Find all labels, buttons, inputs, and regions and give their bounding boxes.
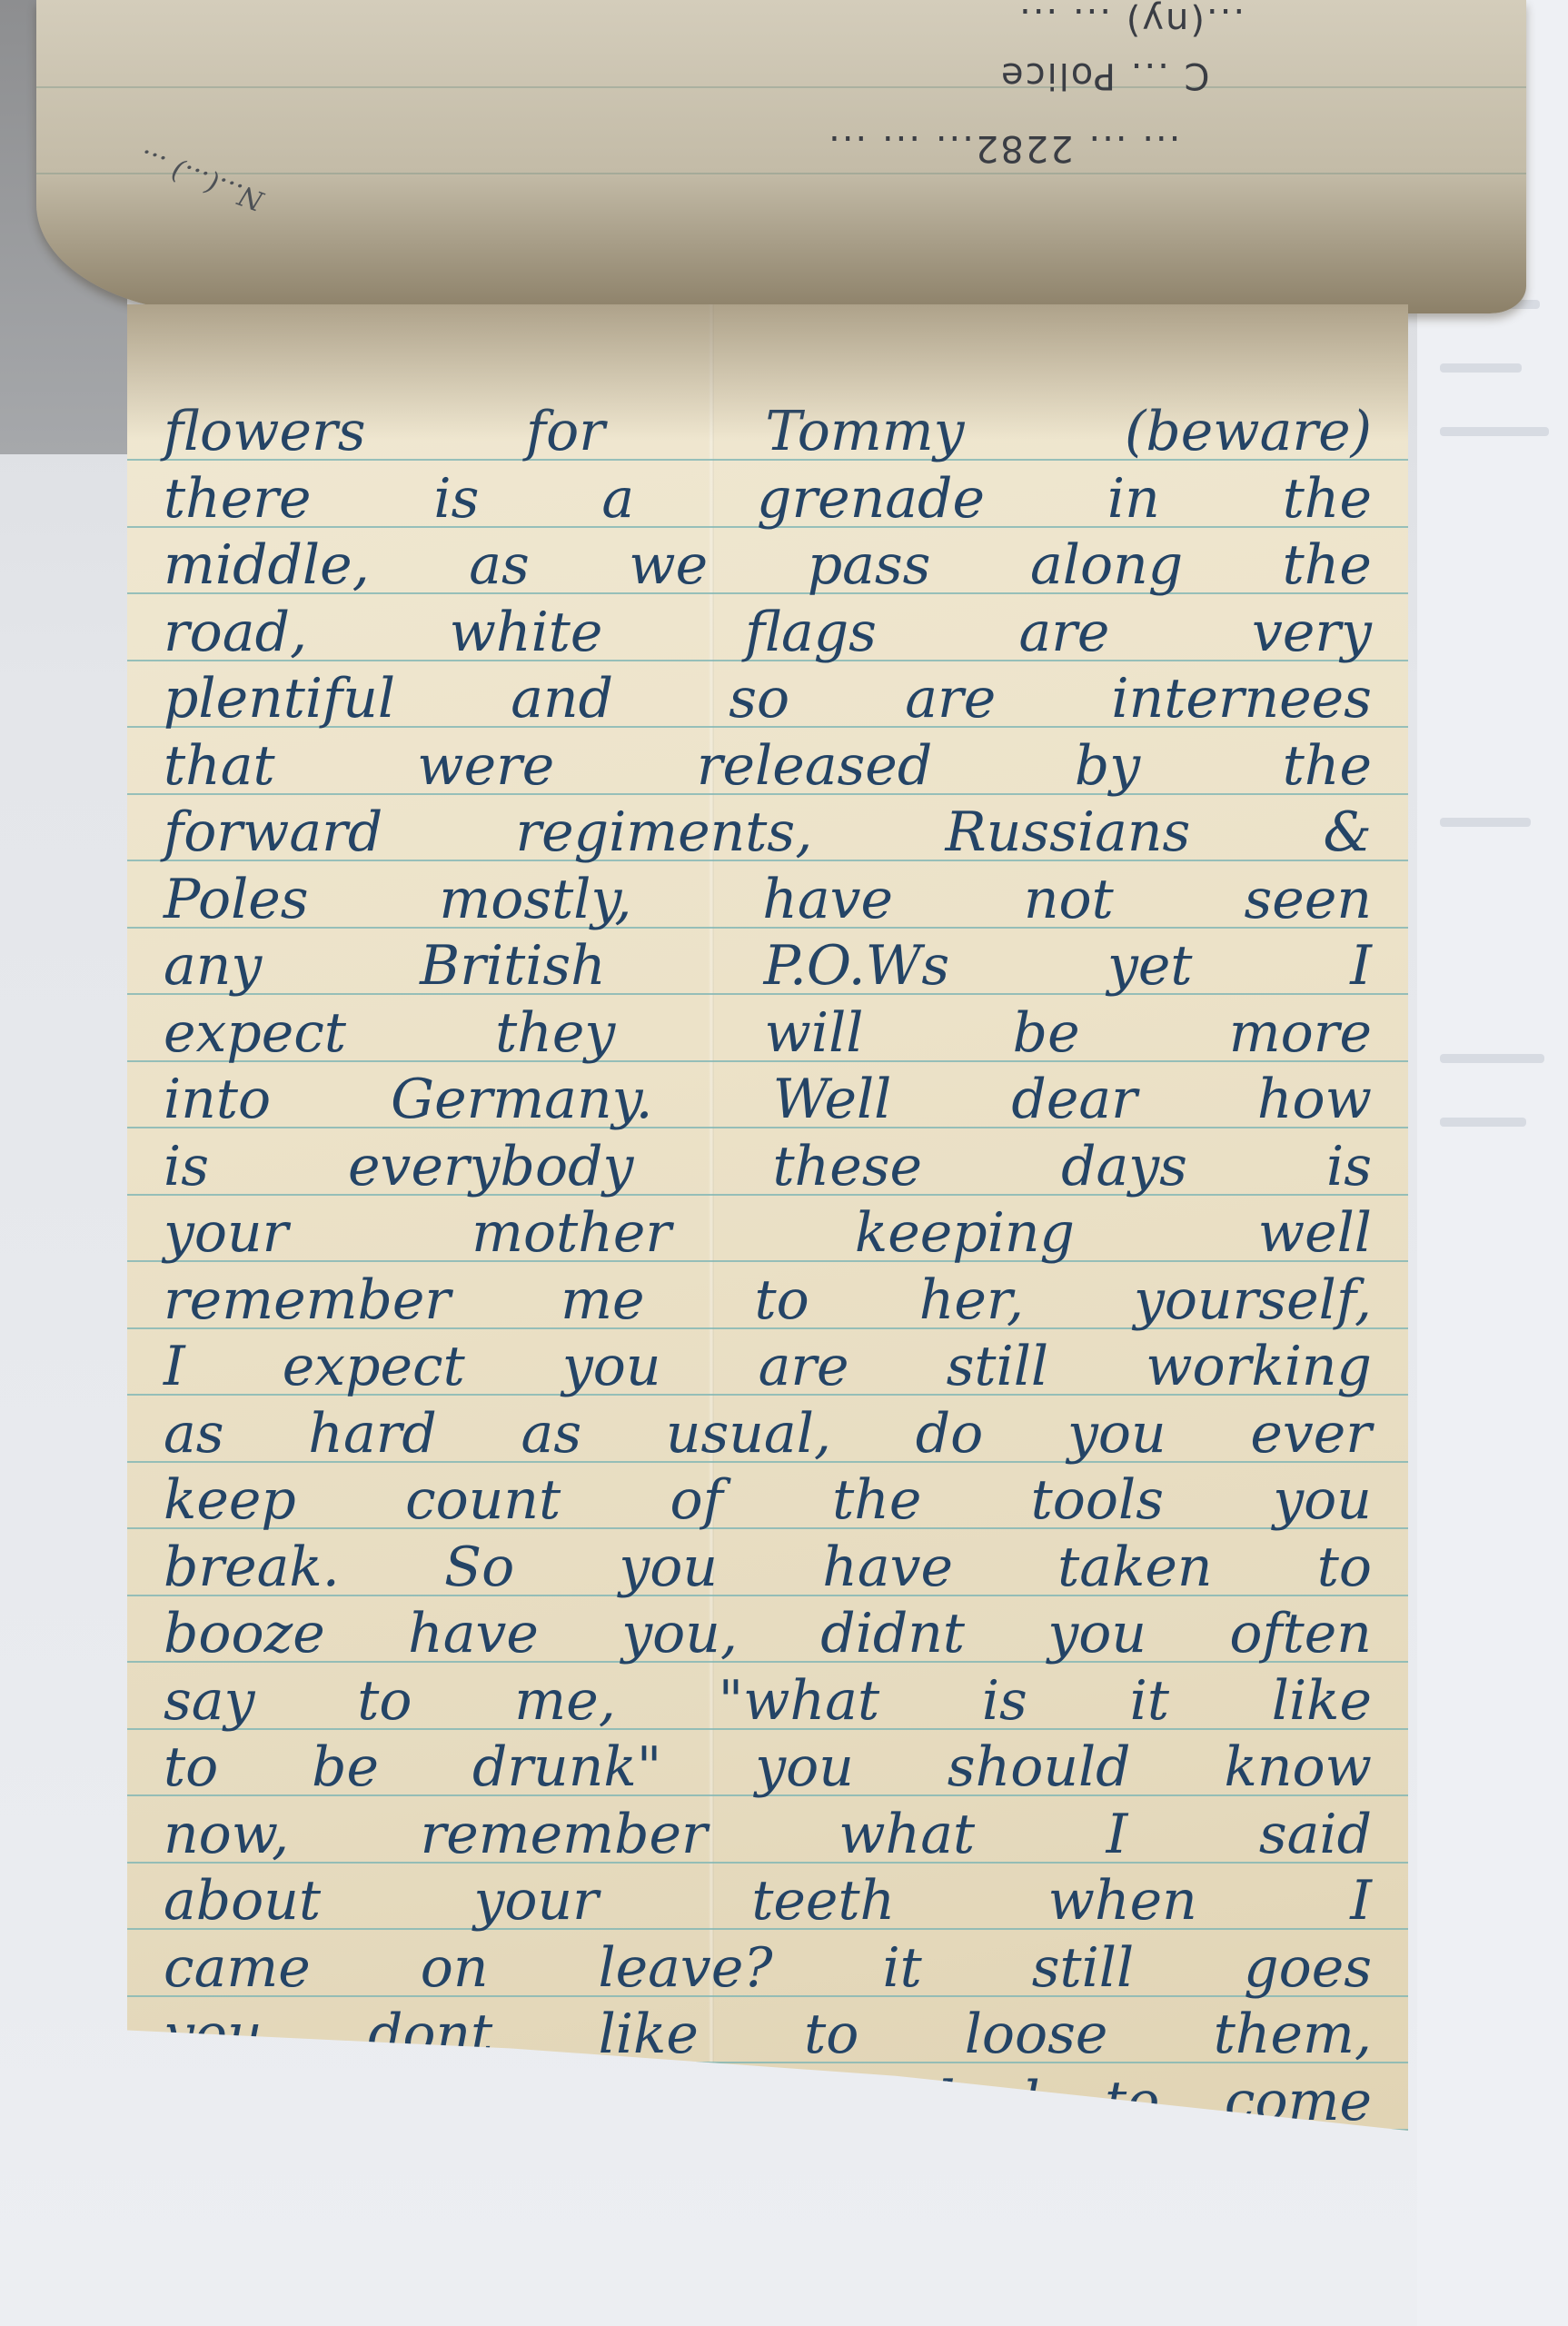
handwritten-word: what (839, 1807, 975, 1862)
handwritten-word: on (421, 1941, 489, 1995)
handwritten-line: middle,aswepassalongthe (164, 520, 1372, 592)
handwritten-word: had (938, 2074, 1040, 2129)
handwritten-word: to (754, 1273, 809, 1327)
handwritten-word: like (1272, 1674, 1372, 1728)
handwritten-word: remember (164, 1273, 451, 1327)
handwritten-word: any (164, 939, 262, 993)
handwritten-word: break. (164, 1540, 340, 1595)
handwritten-word: will (765, 1006, 864, 1060)
handwritten-word: taken (1057, 1540, 1212, 1595)
handwritten-word: of (670, 1473, 722, 1527)
handwritten-word: plentiful (164, 671, 395, 726)
ruled-line (127, 2129, 1408, 2131)
handwritten-word: still (947, 1339, 1048, 1394)
handwritten-word: expect (283, 1339, 465, 1394)
handwritten-word: are (759, 1339, 849, 1394)
envelope-flap: ...(ny) ... ... C ... Police ... ... 228… (36, 0, 1526, 313)
handwritten-word: not (1024, 872, 1114, 927)
handwritten-word: mostly, (439, 872, 631, 927)
handwritten-line: ashardasusual,doyouever (164, 1388, 1372, 1461)
handwritten-word: is (433, 472, 479, 526)
handwritten-word: them, (1214, 2007, 1372, 2062)
handwritten-word: is (164, 1139, 209, 1194)
handwritten-word: be (312, 1740, 379, 1794)
handwritten-line: forwardregiments,Russians& (164, 787, 1372, 860)
handwritten-word: to (357, 1674, 412, 1728)
handwritten-word: you (1047, 1606, 1146, 1661)
handwritten-word: came (164, 1941, 311, 1995)
handwritten-word: have (822, 1540, 953, 1595)
handwritten-word: me (277, 2074, 361, 2129)
handwritten-word: I (164, 1339, 185, 1394)
handwritten-word: have (762, 872, 893, 927)
handwritten-word: Russians (946, 805, 1191, 860)
handwritten-word: the (1283, 739, 1372, 793)
handwritten-word: more (1229, 1006, 1372, 1060)
handwritten-line: remembermetoher,yourself, (164, 1255, 1372, 1327)
handwritten-word: a (601, 472, 634, 526)
handwritten-word: So (444, 1540, 514, 1595)
handwritten-word: to (1317, 1540, 1372, 1595)
handwritten-word: your (474, 1874, 599, 1928)
handwritten-word: I (1350, 939, 1372, 993)
background-text-line (1440, 1054, 1544, 1063)
handwritten-word: as (469, 538, 530, 592)
handwritten-word: these (772, 1139, 922, 1194)
handwritten-word: the (1283, 472, 1372, 526)
handwritten-word: you (1067, 1407, 1166, 1461)
handwritten-word: come (1225, 2074, 1372, 2129)
handwritten-word: have (408, 1606, 539, 1661)
handwritten-word: should (948, 1740, 1131, 1794)
handwritten-word: seen (1245, 872, 1372, 927)
handwritten-word: her, (919, 1273, 1024, 1327)
handwritten-word: it (1130, 1674, 1169, 1728)
background-text-line (1440, 363, 1522, 373)
handwritten-word: mother (471, 1206, 671, 1260)
handwritten-word: yourself, (1134, 1273, 1372, 1327)
handwritten-line: Polesmostly,havenotseen (164, 854, 1372, 927)
handwritten-word: keeping (855, 1206, 1075, 1260)
handwritten-word: P.O.Ws (764, 939, 950, 993)
handwritten-word: I (1350, 1874, 1372, 1928)
handwritten-word: know (1225, 1740, 1372, 1794)
handwritten-word: be (1013, 1006, 1080, 1060)
handwritten-word: dear (1011, 1072, 1136, 1127)
handwritten-word: and (511, 671, 613, 726)
handwritten-word: you (562, 1339, 661, 1394)
handwritten-word: everybody (348, 1139, 633, 1194)
handwritten-word: tools (1031, 1473, 1164, 1527)
handwritten-word: you, (621, 1606, 738, 1661)
flap-address-line: ...(ny) ... ... (1017, 0, 1245, 42)
handwritten-line: &metoo,buttheyhadtocome (164, 2056, 1372, 2129)
handwritten-word: forward (164, 805, 382, 860)
handwritten-word: to (1105, 2074, 1159, 2129)
handwritten-word: about (164, 1874, 321, 1928)
handwritten-word: is (1326, 1139, 1372, 1194)
handwritten-word: into (164, 1072, 271, 1127)
handwritten-word: said (1259, 1807, 1372, 1862)
handwritten-word: are (905, 671, 996, 726)
handwritten-word: "what (719, 1674, 879, 1728)
handwritten-word: we (629, 538, 708, 592)
handwritten-word: usual, (666, 1407, 831, 1461)
handwritten-word: it (882, 1941, 921, 1995)
handwritten-word: as (164, 1407, 224, 1461)
handwritten-word: me, (514, 1674, 615, 1728)
handwritten-word: expect (164, 1006, 346, 1060)
handwritten-word: that (164, 739, 275, 793)
flap-address-line: C ... Police (999, 55, 1210, 96)
handwritten-word: the (1283, 538, 1372, 592)
handwritten-word: released (697, 739, 932, 793)
handwritten-word: too, (426, 2074, 531, 2129)
handwritten-line: anyBritishP.O.WsyetI (164, 920, 1372, 993)
handwritten-word: now, (164, 1807, 289, 1862)
handwritten-word: Germany. (391, 1072, 652, 1127)
handwritten-word: remember (421, 1807, 708, 1862)
background-text-line (1440, 427, 1549, 436)
handwritten-line: expecttheywillbemore (164, 988, 1372, 1060)
handwritten-line: road,whiteflagsarevery (164, 587, 1372, 660)
handwritten-word: were (417, 739, 554, 793)
handwritten-line: aboutyourteethwhenI (164, 1855, 1372, 1928)
handwritten-word: to (164, 1740, 218, 1794)
handwritten-line: intoGermany.Welldearhow (164, 1054, 1372, 1127)
handwritten-word: by (1075, 739, 1140, 793)
handwritten-word: to (804, 2007, 858, 2062)
handwritten-word: days (1061, 1139, 1187, 1194)
handwritten-word: leave? (598, 1941, 772, 1995)
handwritten-word: goes (1244, 1941, 1372, 1995)
handwritten-word: count (405, 1473, 561, 1527)
handwritten-word: loose (965, 2007, 1108, 2062)
handwritten-word: you (755, 1740, 854, 1794)
handwritten-word: teeth (751, 1874, 895, 1928)
handwritten-line: now,rememberwhatIsaid (164, 1789, 1372, 1862)
handwritten-word: ever (1250, 1407, 1372, 1461)
flap-pencil-note: N...(...) ... (134, 143, 267, 217)
handwritten-word: like (599, 2007, 699, 2062)
handwritten-word: your (164, 1206, 288, 1260)
ruled-line (127, 2195, 1408, 2197)
handwritten-word: me (561, 1273, 644, 1327)
handwritten-line: saytome,"whatisitlike (164, 1655, 1372, 1728)
handwritten-word: but (596, 2074, 688, 2129)
handwritten-word: is (982, 1674, 1027, 1728)
handwritten-line: tobedrunk"youshouldknow (164, 1722, 1372, 1794)
handwritten-word: pass (808, 538, 931, 592)
handwritten-word: British (420, 939, 606, 993)
handwritten-line: yourmotherkeepingwell (164, 1188, 1372, 1260)
handwritten-word: say (164, 1674, 254, 1728)
handwritten-word: you (164, 2007, 263, 2062)
handwritten-word: Poles (164, 872, 309, 927)
letter-page: flowersforTommy(beware)thereisagrenadein… (127, 304, 1408, 2131)
handwritten-line: plentifulandsoareinternees (164, 653, 1372, 726)
handwritten-word: keep (164, 1473, 296, 1527)
handwritten-line: cameonleave?itstillgoes (164, 1923, 1372, 1995)
handwritten-line: break.Soyouhavetakento (164, 1522, 1372, 1595)
handwritten-word: dont (368, 2007, 492, 2062)
handwritten-word: booze (164, 1606, 325, 1661)
handwritten-word: drunk" (472, 1740, 661, 1794)
handwritten-word: how (1257, 1072, 1372, 1127)
handwritten-word: as (521, 1407, 582, 1461)
handwritten-word: you (619, 1540, 718, 1595)
handwritten-line: thereisagrenadeinthe (164, 453, 1372, 526)
handwritten-word: in (1107, 472, 1160, 526)
handwritten-word: they (752, 2074, 872, 2129)
background-printed-page (1417, 0, 1568, 2326)
handwritten-word: flags (745, 605, 877, 660)
handwritten-word: & (164, 2074, 212, 2129)
handwritten-word: hard (308, 1407, 437, 1461)
background-text-line (1440, 1118, 1526, 1127)
handwritten-word: are (1018, 605, 1109, 660)
flap-shadow (127, 304, 1408, 441)
handwritten-word: well (1258, 1206, 1372, 1260)
handwritten-word: I (1107, 1807, 1128, 1862)
handwritten-word: you (1273, 1473, 1372, 1527)
handwritten-word: there (164, 472, 311, 526)
handwritten-word: along (1030, 538, 1183, 592)
handwritten-word: middle, (164, 538, 370, 592)
handwritten-word: often (1229, 1606, 1372, 1661)
handwritten-word: white (450, 605, 603, 660)
handwritten-word: road, (164, 605, 307, 660)
handwritten-word: so (729, 671, 789, 726)
handwritten-word: do (916, 1407, 984, 1461)
handwritten-word: the (832, 1473, 921, 1527)
background-text-line (1440, 818, 1531, 827)
handwritten-line: youdontliketoloosethem, (164, 1989, 1372, 2062)
handwritten-line: thatwerereleasedbythe (164, 721, 1372, 793)
handwritten-line: iseverybodythesedaysis (164, 1121, 1372, 1194)
handwritten-word: when (1048, 1874, 1197, 1928)
handwritten-line: boozehaveyou,didntyouoften (164, 1588, 1372, 1661)
handwritten-word: didnt (820, 1606, 965, 1661)
handwritten-word: Well (773, 1072, 892, 1127)
handwritten-word: very (1252, 605, 1372, 660)
handwritten-word: working (1146, 1339, 1372, 1394)
handwritten-word: internees (1111, 671, 1372, 726)
handwritten-word: grenade (757, 472, 985, 526)
handwritten-word: & (1324, 805, 1372, 860)
flap-address-line: ... ... 2282... ... ... (827, 127, 1180, 169)
handwritten-word: they (495, 1006, 615, 1060)
handwritten-line: Iexpectyouarestillworking (164, 1321, 1372, 1394)
handwritten-word: still (1032, 1941, 1134, 1995)
handwritten-word: yet (1107, 939, 1193, 993)
handwritten-line: keepcountofthetoolsyou (164, 1455, 1372, 1527)
handwritten-word: regiments, (515, 805, 812, 860)
